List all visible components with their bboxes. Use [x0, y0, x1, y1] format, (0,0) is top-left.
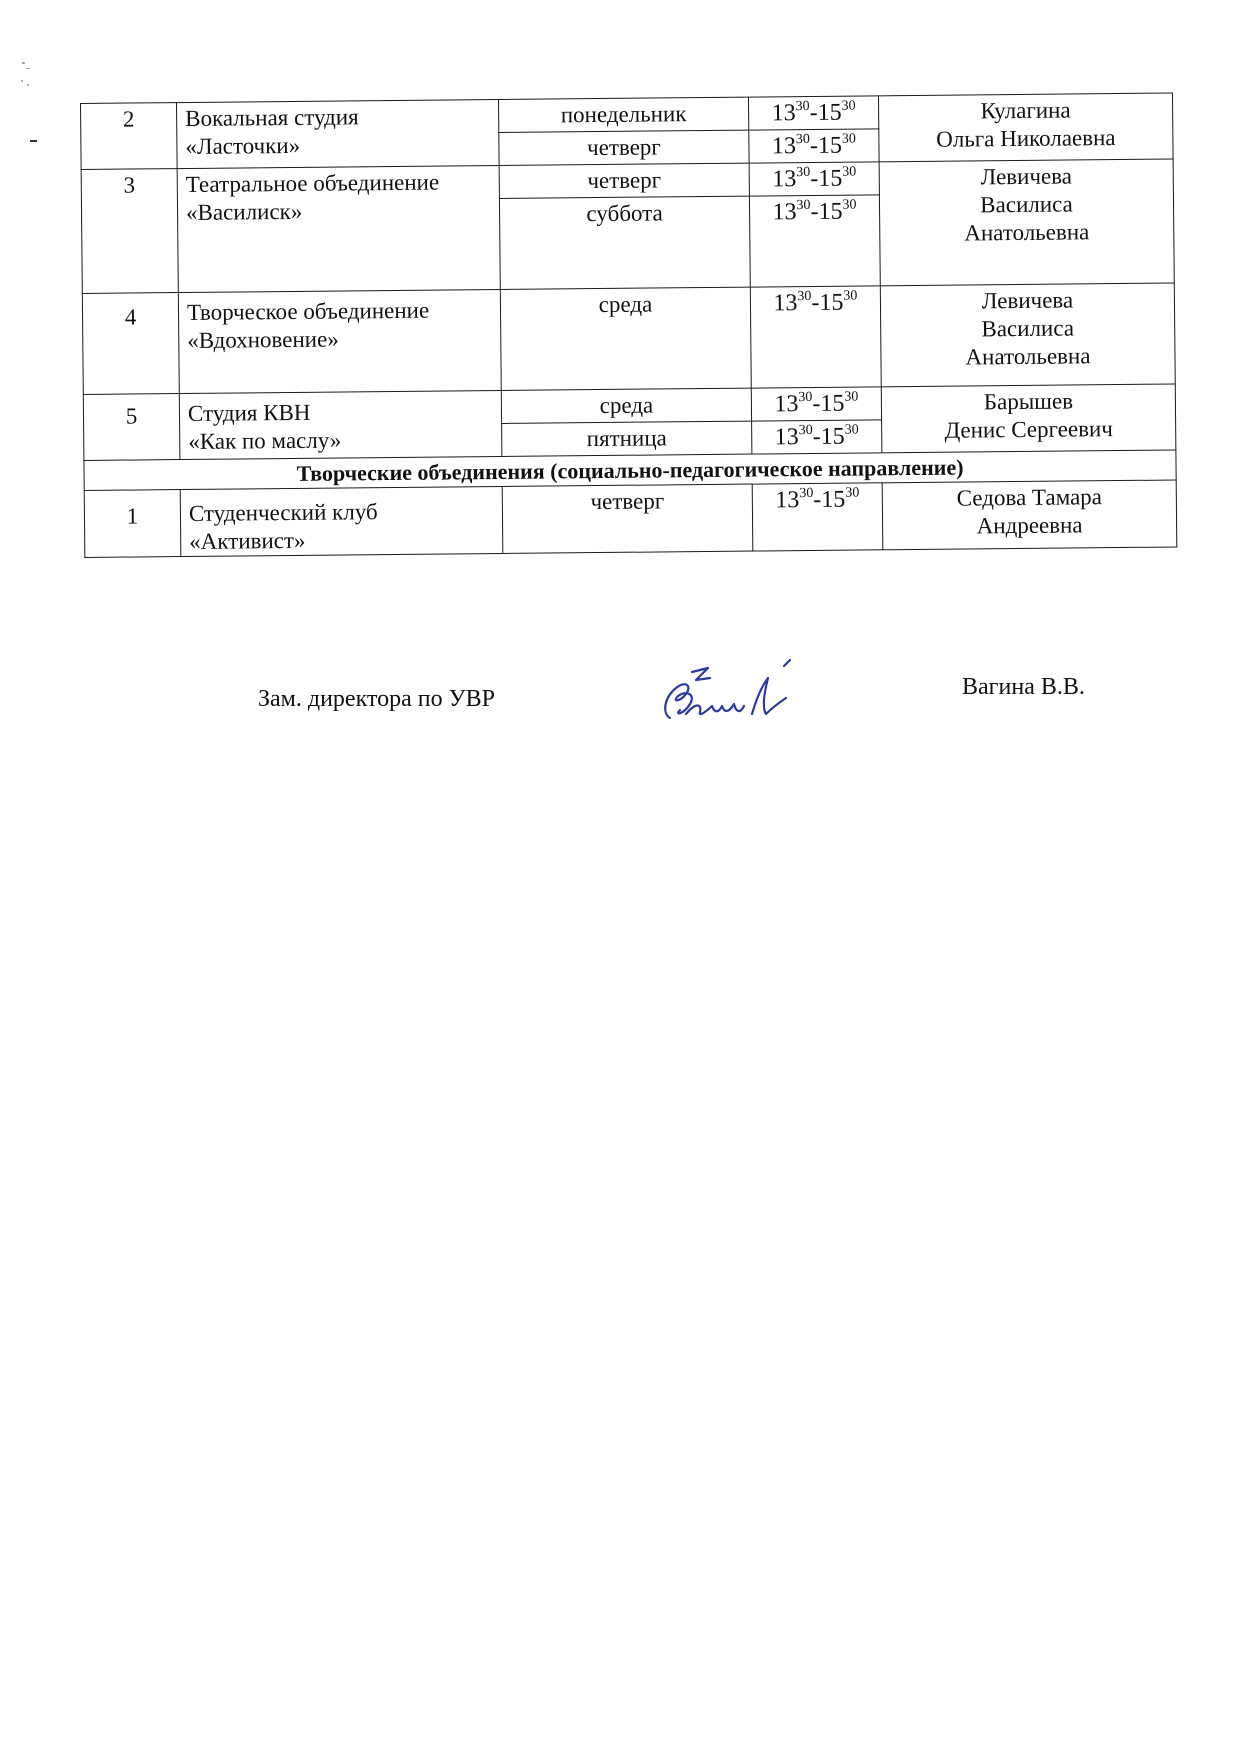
session-day: среда [500, 287, 751, 390]
margin-mark [30, 140, 37, 142]
session-time: 1330-1530 [749, 129, 879, 163]
row-number: 1 [84, 489, 181, 557]
leader-name: Седова Тамара Андреевна [882, 480, 1177, 550]
session-day: среда [501, 388, 751, 423]
leader-name: Барышев Денис Сергеевич [881, 384, 1176, 453]
signatory-position: Зам. директора по УВР [258, 686, 495, 713]
schedule-table: 2 Вокальная студия «Ласточки» понедельни… [80, 93, 1177, 558]
club-name: Театральное объединение «Василиск» [177, 165, 500, 292]
leader-name: Кулагина Ольга Николаевна [878, 93, 1173, 162]
signature-block: Зам. директора по УВР Вагина В.В. [0, 680, 1240, 760]
leader-name: Левичева Василиса Анатольевна [880, 283, 1175, 387]
row-number: 3 [81, 169, 178, 294]
club-name: Вокальная студия «Ласточки» [177, 99, 500, 168]
session-time: 1330-1530 [752, 420, 882, 454]
signatory-name: Вагина В.В. [962, 674, 1085, 701]
row-number: 4 [82, 293, 179, 395]
row-number: 2 [81, 103, 178, 170]
session-time: 1330-1530 [749, 162, 879, 196]
club-name: Творческое объединение «Вдохновение» [178, 289, 501, 393]
scan-artifacts [18, 62, 38, 102]
document-page: 2 Вокальная студия «Ласточки» понедельни… [0, 0, 1240, 1754]
session-time: 1330-1530 [751, 387, 881, 421]
row-number: 5 [83, 394, 180, 461]
handwritten-signature-icon [652, 658, 812, 728]
schedule-table-wrapper: 2 Вокальная студия «Ласточки» понедельни… [80, 93, 1176, 558]
session-time: 1330-1530 [748, 96, 878, 130]
club-name: Студия КВН «Как по маслу» [179, 390, 502, 459]
session-day: четверг [499, 163, 749, 198]
club-name: Студенческий клуб «Активист» [180, 486, 503, 556]
table-row: 1 Студенческий клуб «Активист» четверг 1… [84, 480, 1177, 558]
session-time: 1330-1530 [749, 195, 880, 287]
session-day: суббота [499, 196, 750, 289]
table-row: 2 Вокальная студия «Ласточки» понедельни… [81, 93, 1173, 136]
session-day: понедельник [498, 97, 748, 132]
table-row: 4 Творческое объединение «Вдохновение» с… [82, 283, 1175, 394]
session-day: четверг [499, 130, 749, 165]
session-time: 1330-1530 [752, 483, 883, 551]
session-day: пятница [502, 421, 752, 456]
session-day: четверг [502, 484, 753, 553]
leader-name: Левичева Василиса Анатольевна [879, 159, 1174, 286]
session-time: 1330-1530 [750, 286, 881, 388]
